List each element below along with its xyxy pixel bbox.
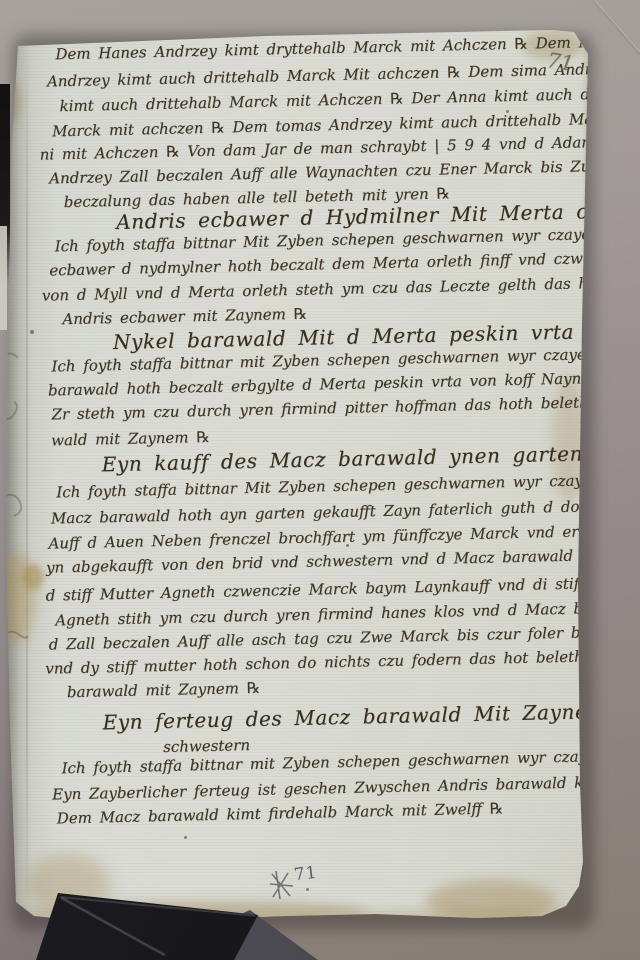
text-line: Ich foyth staffa bittnar mit Zyben schep…: [61, 748, 640, 777]
page-text: Dem Hanes Andrzey kimt dryttehalb Marck …: [24, 25, 604, 917]
section-heading: Eyn ferteug des Macz barawald Mit Zaynen…: [102, 698, 640, 733]
text-line: von d Myll vnd d Merta orleth steth ym c…: [42, 274, 640, 304]
text-line: kimt auch drittehalb Marck mit Achczen ℞…: [59, 86, 640, 115]
text-line: Dem Macz barawald kimt firdehalb Marck m…: [57, 801, 504, 826]
manuscript-page: Dem Hanes Andrzey kimt dryttehalb Marck …: [6, 24, 594, 930]
text-line: wald mit Zaynem ℞: [51, 430, 210, 449]
text-line: barawald mit Zaynem ℞: [67, 681, 261, 700]
text-line: Andrzey Zall beczalen Auff alle Waynacht…: [49, 158, 640, 186]
page-edge-toning: [6, 24, 594, 31]
text-line: Andrzey kimt auch drittehalb Marck Mit a…: [47, 62, 617, 90]
ink-showthrough-mark: [0, 618, 30, 658]
pencil-folio-number: 71: [293, 863, 319, 886]
pencil-strikethrough-mark: [268, 870, 296, 900]
underlying-page-edge: [0, 226, 7, 330]
ink-folio-number: 71: [545, 48, 575, 76]
text-line: yn abgekaufft von den brid vnd schwester…: [46, 546, 640, 575]
section-heading-line2: schwestern: [163, 738, 250, 755]
text-line: Ich foyth staffa bittnar Mit Zyben schep…: [56, 472, 640, 501]
text-line: Macz barawald hoth ayn garten gekaufft Z…: [51, 498, 631, 526]
text-line: vnd dy stiff mutter hoth schon do nichts…: [45, 648, 640, 677]
photo-backdrop: Dem Hanes Andrzey kimt dryttehalb Marck …: [0, 0, 640, 960]
section-heading: Eyn kauff des Macz barawald ynen garten: [101, 443, 583, 474]
ink-showthrough-mark: [0, 348, 26, 538]
text-line: Andris ecbawer mit Zaynem ℞: [62, 307, 307, 328]
text-line: Eyn Zayberlicher ferteug ist geschen Zwy…: [52, 775, 624, 803]
